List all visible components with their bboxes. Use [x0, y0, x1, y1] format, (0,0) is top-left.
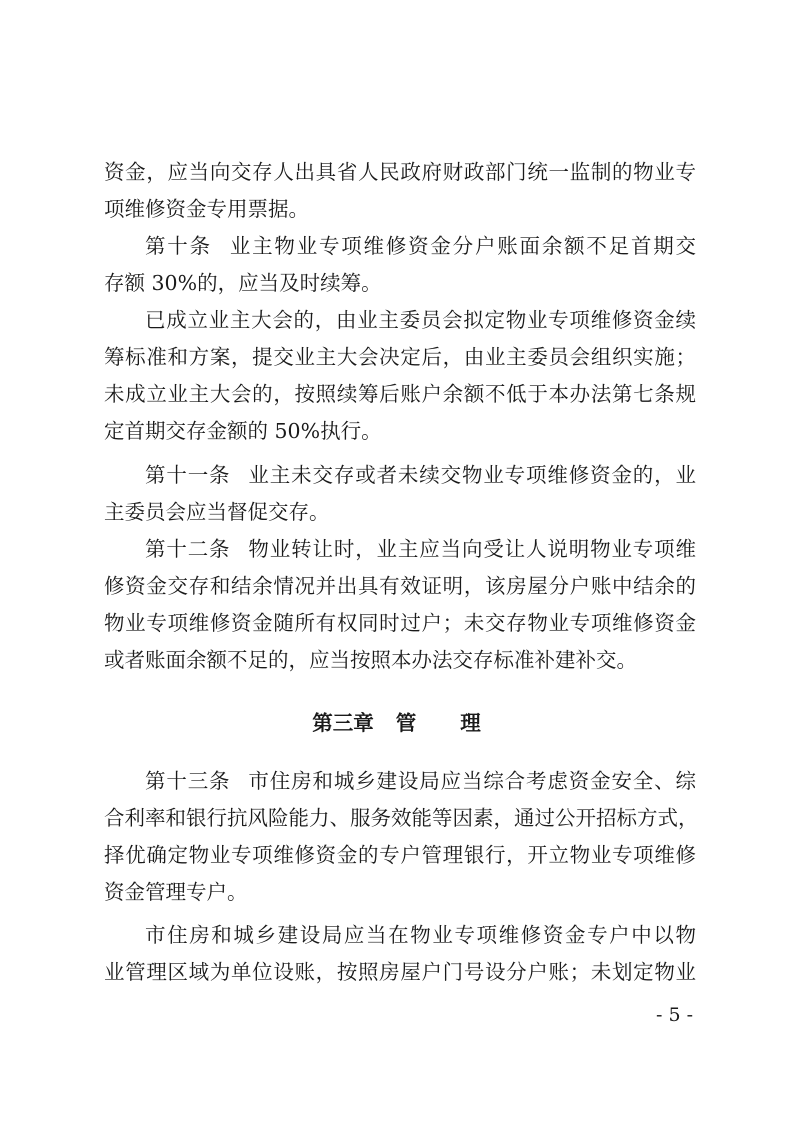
- article-10-line-1: 第十条业主物业专项维修资金分户账面余额不足首期交: [145, 231, 696, 261]
- document-page: 资金，应当向交存人出具省人民政府财政部门统一监制的物业专 项维修资金专用票据。 …: [0, 0, 793, 1122]
- article-11-line-2: 主委员会应当督促交存。: [104, 497, 696, 527]
- article-10-line-2: 存额 30%的，应当及时续筹。: [104, 268, 696, 298]
- paragraph-line: 资金管理专户。: [104, 877, 696, 907]
- paragraph-line: 合利率和银行抗风险能力、服务效能等因素，通过公开招标方式，: [104, 803, 696, 833]
- paragraph-line: 定首期交存金额的 50%执行。: [104, 416, 696, 446]
- chapter-title-part1: 管: [396, 707, 417, 739]
- article-11-line-1: 第十一条业主未交存或者未续交物业专项维修资金的，业: [145, 460, 696, 490]
- article-text: 业主物业专项维修资金分户账面余额不足首期交: [230, 234, 696, 258]
- paragraph-line: 市住房和城乡建设局应当在物业专项维修资金专户中以物: [145, 920, 696, 950]
- text-line-1: 资金，应当向交存人出具省人民政府财政部门统一监制的物业专: [104, 157, 696, 187]
- article-text: 业主未交存或者未续交物业专项维修资金的，业: [248, 463, 696, 487]
- article-label: 第十一条: [145, 463, 230, 487]
- paragraph-line: 业管理区域为单位设账，按照房屋户门号设分户账；未划定物业: [104, 957, 696, 987]
- article-text: 市住房和城乡建设局应当综合考虑资金安全、综: [248, 769, 696, 793]
- article-12-line-1: 第十二条物业转让时，业主应当向受让人说明物业专项维: [145, 534, 696, 564]
- paragraph-line: 修资金交存和结余情况并出具有效证明，该房屋分户账中结余的: [104, 571, 696, 601]
- paragraph-line: 已成立业主大会的，由业主委员会拟定物业专项维修资金续: [145, 305, 696, 335]
- chapter-title-part2: 理: [460, 707, 481, 739]
- paragraph-line: 择优确定物业专项维修资金的专户管理银行，开立物业专项维修: [104, 840, 696, 870]
- article-label: 第十条: [145, 234, 212, 258]
- article-13-line-1: 第十三条市住房和城乡建设局应当综合考虑资金安全、综: [145, 766, 696, 796]
- article-text: 物业转让时，业主应当向受让人说明物业专项维: [248, 537, 696, 561]
- chapter-heading: 第三章管理: [0, 707, 793, 739]
- page-number: - 5 -: [656, 1000, 693, 1030]
- chapter-number: 第三章: [312, 707, 374, 739]
- article-label: 第十二条: [145, 537, 230, 561]
- paragraph-line: 或者账面余额不足的，应当按照本办法交存标准补建补交。: [104, 645, 696, 675]
- text-line-2: 项维修资金专用票据。: [104, 194, 696, 224]
- paragraph-line: 筹标准和方案，提交业主大会决定后，由业主委员会组织实施；: [104, 342, 696, 372]
- paragraph-line: 未成立业主大会的，按照续筹后账户余额不低于本办法第七条规: [104, 379, 696, 409]
- paragraph-line: 物业专项维修资金随所有权同时过户；未交存物业专项维修资金: [104, 608, 696, 638]
- article-label: 第十三条: [145, 769, 230, 793]
